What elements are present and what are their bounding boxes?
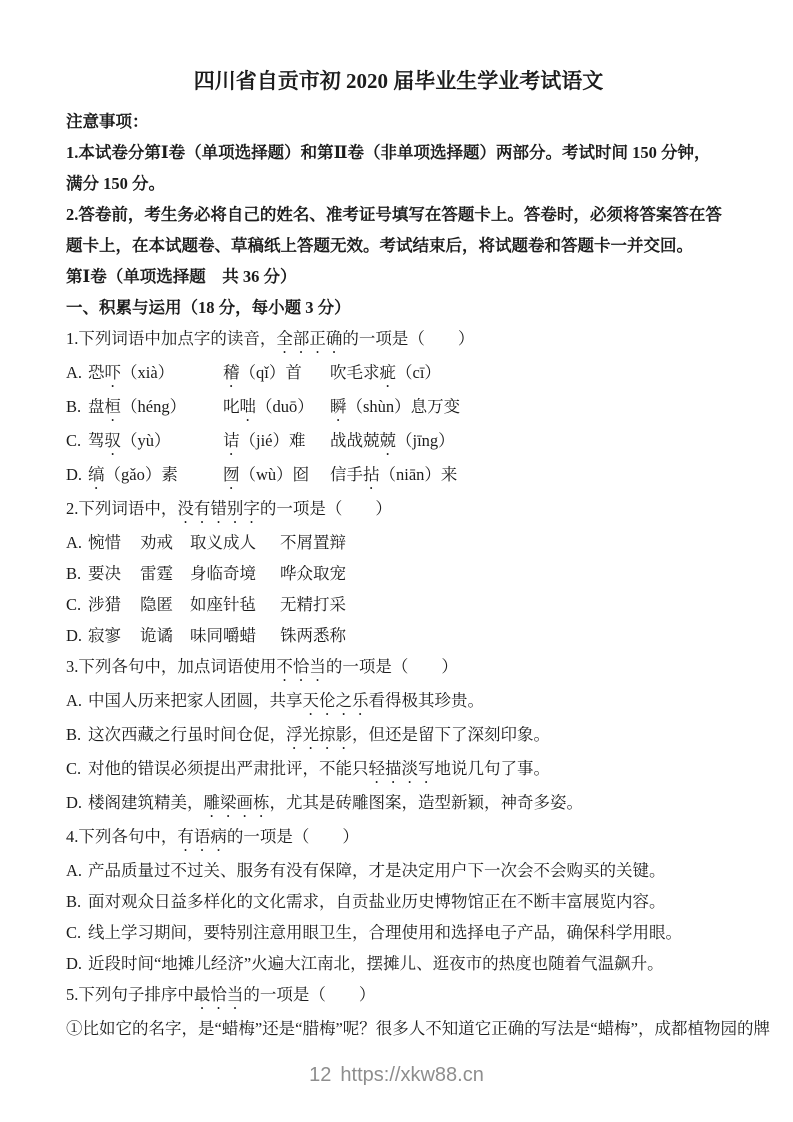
option-label: A. [66,685,88,716]
option-word: 哗众取宠 [280,558,731,589]
option-word: 吹毛求疵（cī） [330,357,731,391]
notice-item-2-line-2: 题卡上，在本试题卷、草稿纸上答题无效。考试结束后，将试题卷和答题卡一并交回。 [66,230,731,261]
question-1-option-d: D. 缟（gǎo）素 囫（wù）囵 信手拈（niān）来 [66,459,731,493]
option-label: B. [66,558,88,589]
exam-page: 四川省自贡市初 2020 届毕业生学业考试语文 注意事项： 1.本试卷分第Ⅰ卷（… [0,0,793,1122]
option-label: D. [66,948,88,979]
exam-content: 四川省自贡市初 2020 届毕业生学业考试语文 注意事项： 1.本试卷分第Ⅰ卷（… [66,62,731,1044]
option-word: 如座针毡 [190,589,280,620]
option-word: 涉猎 [88,589,140,620]
question-2-stem: 2.下列词语中，没有错别字的一项是（ ） [66,493,731,527]
question-3-option-d: D. 楼阁建筑精美，雕梁画栋，尤其是砖雕图案，造型新颖，神奇多姿。 [66,787,731,821]
option-word: 惋惜 [88,527,140,558]
option-word: 战战兢兢（jīng） [330,425,731,459]
option-text: 对他的错误必须提出严肃批评，不能只轻描淡写地说几句了事。 [88,753,731,787]
option-word: 隐匿 [140,589,190,620]
option-word: 缟（gǎo）素 [88,459,223,493]
option-word: 信手拈（niān）来 [330,459,731,493]
option-text: 中国人历来把家人团圆，共享天伦之乐看得极其珍贵。 [88,685,731,719]
option-word: 寂寥 [88,620,140,651]
option-label: C. [66,589,88,620]
option-word: 取义成人 [190,527,280,558]
option-label: B. [66,391,88,422]
option-word: 瞬（shùn）息万变 [330,391,731,425]
option-label: C. [66,753,88,784]
option-label: A. [66,357,88,388]
option-label: A. [66,855,88,886]
option-text: 面对观众日益多样化的文化需求，自贡盐业历史博物馆正在不断丰富展览内容。 [88,886,731,917]
question-2-option-a: A. 惋惜 劝戒 取义成人 不屑置辩 [66,527,731,558]
option-label: A. [66,527,88,558]
option-label: D. [66,787,88,818]
question-5-stem: 5.下列句子排序中最恰当的一项是（ ） [66,979,731,1013]
question-3-option-c: C. 对他的错误必须提出严肃批评，不能只轻描淡写地说几句了事。 [66,753,731,787]
option-word: 不屑置辩 [280,527,731,558]
option-word: 雷霆 [140,558,190,589]
option-text: 线上学习期间，要特别注意用眼卫生，合理使用和选择电子产品，确保科学用眼。 [88,917,731,948]
question-3-option-a: A. 中国人历来把家人团圆，共享天伦之乐看得极其珍贵。 [66,685,731,719]
option-label: B. [66,886,88,917]
question-1-option-c: C. 驾驭（yù） 诘（jié）难 战战兢兢（jīng） [66,425,731,459]
question-2-option-b: B. 要决 雷霆 身临奇境 哗众取宠 [66,558,731,589]
option-label: D. [66,459,88,490]
option-word: 盘桓（héng） [88,391,223,425]
option-word: 无精打采 [280,589,731,620]
question-4-option-b: B. 面对观众日益多样化的文化需求，自贡盐业历史博物馆正在不断丰富展览内容。 [66,886,731,917]
option-word: 恐吓（xià） [88,357,223,391]
page-number: 12 [309,1064,331,1086]
notice-heading: 注意事项： [66,106,731,137]
question-4-option-c: C. 线上学习期间，要特别注意用眼卫生，合理使用和选择电子产品，确保科学用眼。 [66,917,731,948]
question-1-option-b: B. 盘桓（héng） 叱咄（duō） 瞬（shùn）息万变 [66,391,731,425]
option-word: 囫（wù）囵 [223,459,330,493]
option-label: C. [66,917,88,948]
question-4-option-d: D. 近段时间“地摊儿经济”火遍大江南北，摆摊儿、逛夜市的热度也随着气温飙升。 [66,948,731,979]
page-footer: 12https://xkw88.cn [0,1062,793,1088]
option-label: C. [66,425,88,456]
option-word: 味同嚼蜡 [190,620,280,651]
question-2-option-d: D. 寂寥 诡谲 味同嚼蜡 铢两悉称 [66,620,731,651]
question-5-sentence-1: ①比如它的名字，是“蜡梅”还是“腊梅”呢？很多人不知道它正确的写法是“蜡梅”，成… [66,1013,731,1044]
option-text: 这次西藏之行虽时间仓促，浮光掠影，但还是留下了深刻印象。 [88,719,731,753]
option-word: 诘（jié）难 [223,425,330,459]
option-word: 劝戒 [140,527,190,558]
option-word: 叱咄（duō） [223,391,330,425]
option-label: B. [66,719,88,750]
question-2-option-c: C. 涉猎 隐匿 如座针毡 无精打采 [66,589,731,620]
option-word: 稽（qǐ）首 [223,357,330,391]
option-word: 要决 [88,558,140,589]
footer-url: https://xkw88.cn [340,1064,483,1086]
option-word: 铢两悉称 [280,620,731,651]
option-word: 身临奇境 [190,558,280,589]
notice-item-1-line-1: 1.本试卷分第Ⅰ卷（单项选择题）和第Ⅱ卷（非单项选择题）两部分。考试时间 150… [66,137,731,168]
option-label: D. [66,620,88,651]
question-1-stem: 1.下列词语中加点字的读音，全部正确的一项是（ ） [66,323,731,357]
page-title: 四川省自贡市初 2020 届毕业生学业考试语文 [66,66,731,96]
option-text: 楼阁建筑精美，雕梁画栋，尤其是砖雕图案，造型新颖，神奇多姿。 [88,787,731,821]
option-text: 产品质量过不过关、服务有没有保障，才是决定用户下一次会不会购买的关键。 [88,855,731,886]
section-1-header: 一、积累与运用（18 分，每小题 3 分） [66,292,731,323]
notice-item-2-line-1: 2.答卷前，考生务必将自己的姓名、准考证号填写在答题卡上。答卷时，必须将答案答在… [66,199,731,230]
volume-1-header: 第Ⅰ卷（单项选择题 共 36 分） [66,261,731,292]
option-text: 近段时间“地摊儿经济”火遍大江南北，摆摊儿、逛夜市的热度也随着气温飙升。 [88,948,731,979]
question-1-option-a: A. 恐吓（xià） 稽（qǐ）首 吹毛求疵（cī） [66,357,731,391]
question-3-stem: 3.下列各句中，加点词语使用不恰当的一项是（ ） [66,651,731,685]
question-4-option-a: A. 产品质量过不过关、服务有没有保障，才是决定用户下一次会不会购买的关键。 [66,855,731,886]
notice-item-1-line-2: 满分 150 分。 [66,168,731,199]
question-3-option-b: B. 这次西藏之行虽时间仓促，浮光掠影，但还是留下了深刻印象。 [66,719,731,753]
option-word: 诡谲 [140,620,190,651]
question-4-stem: 4.下列各句中，有语病的一项是（ ） [66,821,731,855]
option-word: 驾驭（yù） [88,425,223,459]
